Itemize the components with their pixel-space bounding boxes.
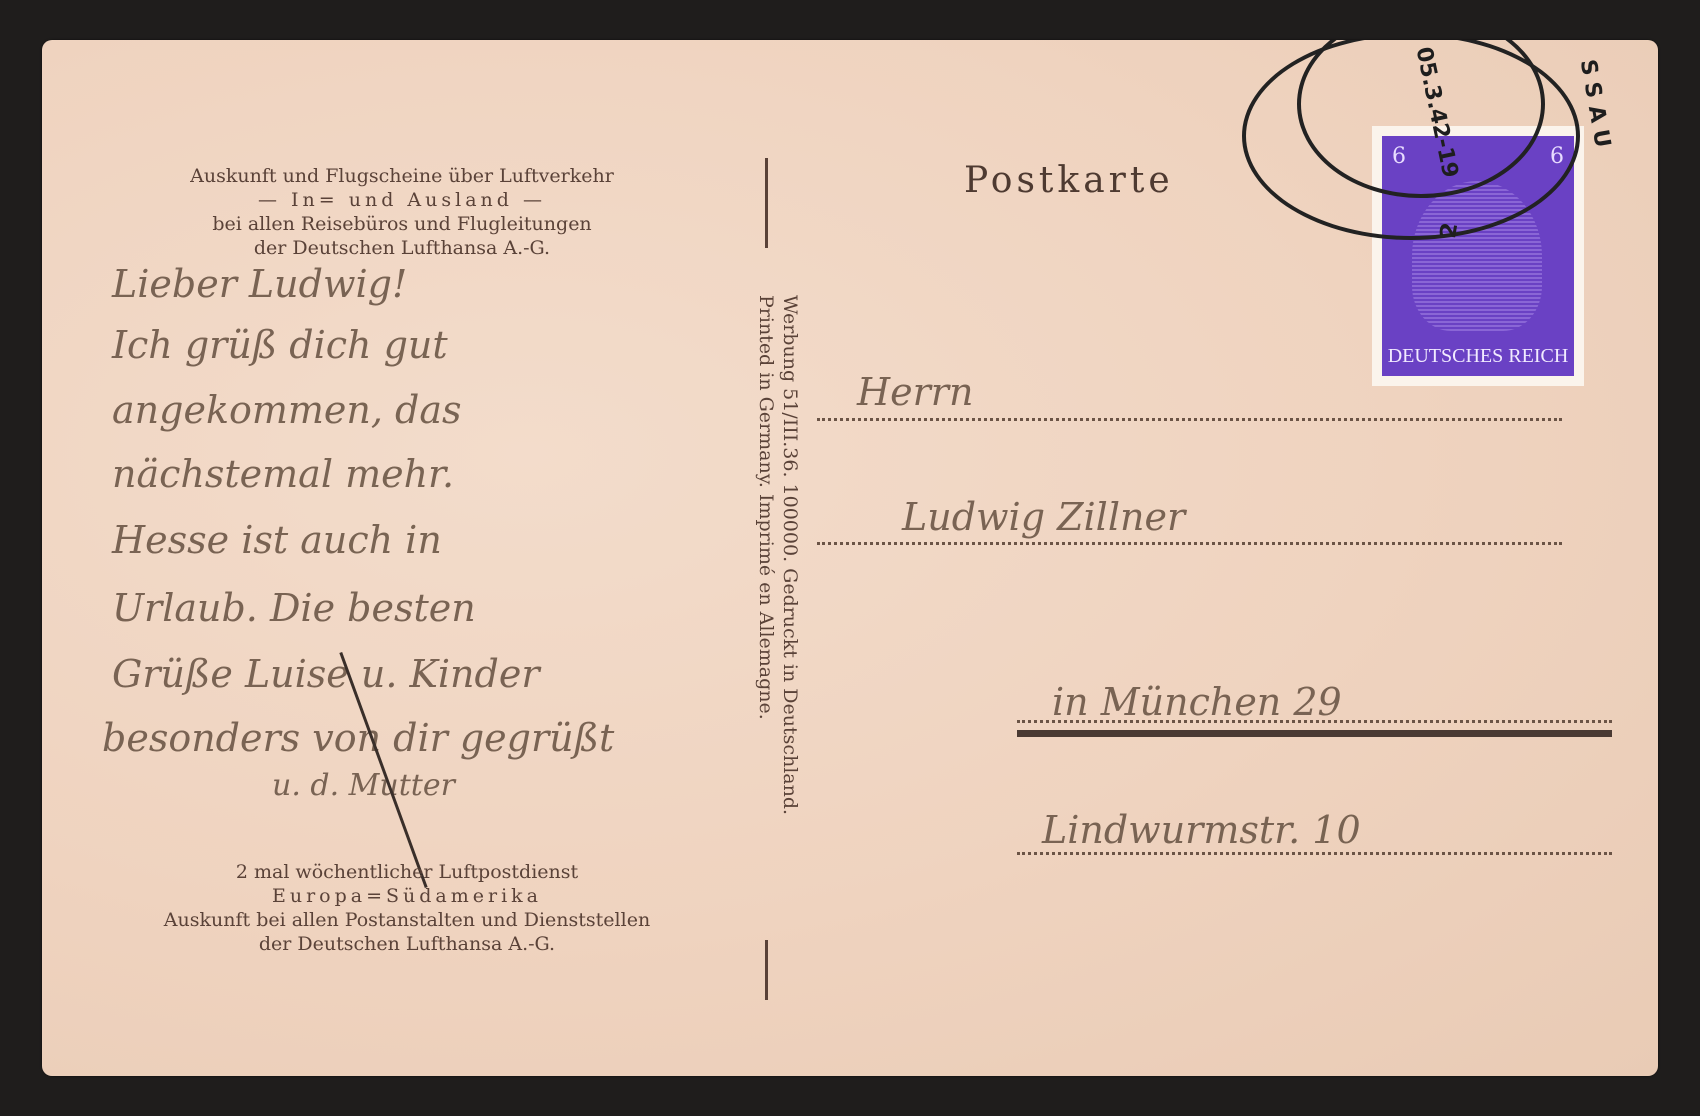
address-dotted-line	[817, 418, 1562, 421]
vertical-print: Werbung 51/III.36. 100000. Gedruckt in D…	[742, 295, 802, 935]
lufthansa-ad-bottom: 2 mal wöchentlicher Luftpostdienst Europ…	[112, 860, 702, 956]
address-line: in München 29	[1052, 680, 1342, 724]
address-line: Lindwurmstr. 10	[1042, 808, 1361, 852]
address-line: Ludwig Zillner	[902, 495, 1185, 539]
message-line: Hesse ist auch in	[112, 518, 442, 562]
message-line: Urlaub. Die besten	[112, 586, 476, 630]
address-line: Herrn	[857, 370, 973, 414]
lufthansa-ad-top: Auskunft und Flugscheine über Luftverkeh…	[152, 164, 652, 260]
message-line: Lieber Ludwig!	[112, 262, 407, 306]
message-line: nächstemal mehr.	[112, 452, 454, 496]
address-dotted-line	[1017, 720, 1612, 723]
ad-line: Auskunft und Flugscheine über Luftverkeh…	[152, 164, 652, 188]
divider-top	[765, 158, 768, 248]
postcard: Auskunft und Flugscheine über Luftverkeh…	[42, 40, 1658, 1076]
ad-line: 2 mal wöchentlicher Luftpostdienst	[112, 860, 702, 884]
address-dotted-line	[1017, 852, 1612, 855]
print-line: Printed in Germany. Imprimé en Allemagne…	[754, 295, 778, 935]
ad-line: Europa=Südamerika	[112, 884, 702, 908]
message-line: besonders von dir gegrüßt	[102, 716, 614, 760]
message-line: Ich grüß dich gut	[112, 323, 448, 367]
ad-line: der Deutschen Lufthansa A.-G.	[112, 932, 702, 956]
ad-line: Auskunft bei allen Postanstalten und Die…	[112, 908, 702, 932]
message-line: angekommen, das	[112, 388, 462, 432]
message-line: u. d. Mutter	[272, 768, 455, 803]
print-line: Werbung 51/III.36. 100000. Gedruckt in D…	[778, 295, 802, 935]
postcard-title: Postkarte	[964, 160, 1174, 201]
address-dotted-line	[817, 542, 1562, 545]
divider-bottom	[765, 940, 768, 1000]
ad-line: — In= und Ausland —	[152, 188, 652, 212]
city-underline	[1017, 730, 1612, 737]
ad-line: der Deutschen Lufthansa A.-G.	[152, 236, 652, 260]
message-line: Grüße Luise u. Kinder	[112, 652, 540, 696]
stamp-country: DEUTSCHES REICH	[1382, 345, 1574, 376]
ad-line: bei allen Reisebüros und Flugleitungen	[152, 212, 652, 236]
